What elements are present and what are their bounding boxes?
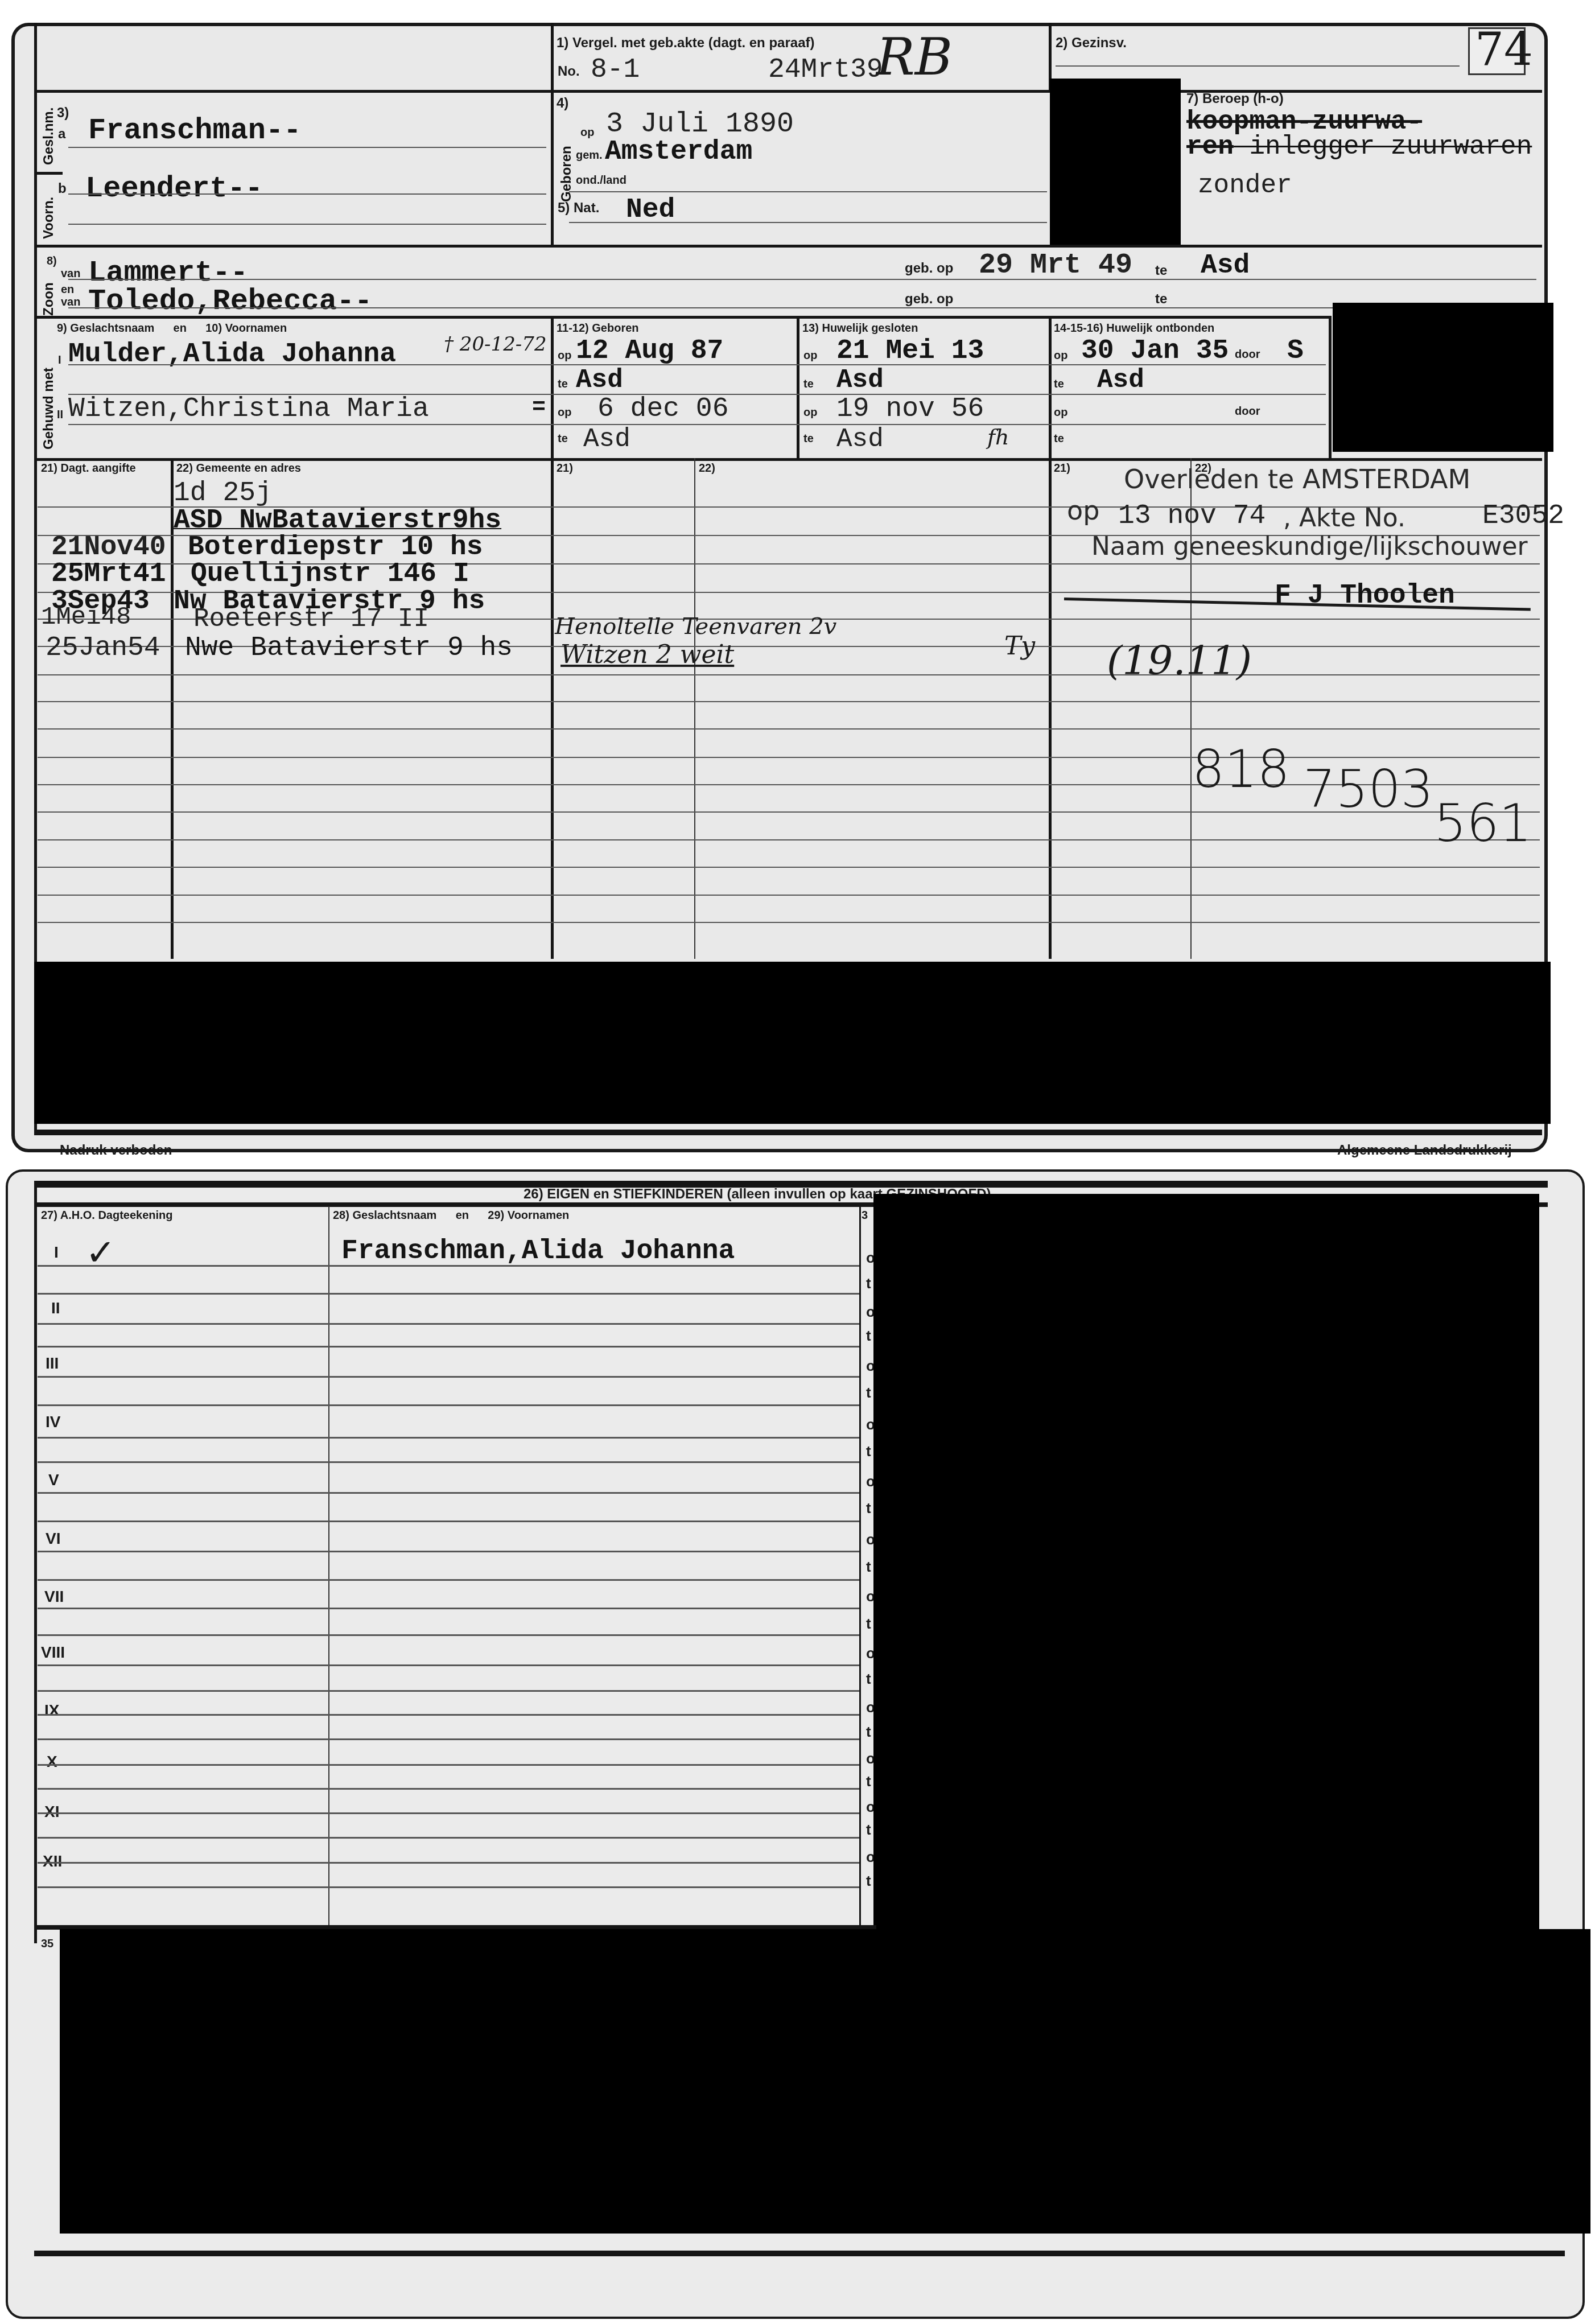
- col-address-label: 22) Gemeente en adres: [176, 462, 301, 475]
- nationality-label: 5) Nat.: [558, 200, 599, 216]
- redaction-block: [34, 962, 1551, 1124]
- child-row-1-roman: I: [54, 1243, 59, 1262]
- address-row-7-address: Nwe Batavierstr 9 hs: [185, 633, 513, 664]
- address-row-4-address: Quellijnstr 146 I: [191, 559, 469, 590]
- address-row-1-address: 1d 25j: [174, 478, 272, 509]
- divider: [551, 316, 554, 458]
- rule: [34, 172, 63, 175]
- col21-label: 21): [557, 462, 573, 475]
- left-border: [34, 1181, 37, 1943]
- rule: [569, 222, 1047, 223]
- spouse-2-dissolved-te-label: te: [1054, 432, 1064, 446]
- handwritten-number-2: 7503: [1303, 760, 1433, 819]
- death-akte-number: E3052: [1482, 501, 1564, 531]
- card-number: 74: [1475, 23, 1533, 76]
- prefix-t: t: [866, 1723, 871, 1741]
- spouse-1-door-label: door: [1235, 348, 1260, 361]
- spouse-2-door-label: door: [1235, 405, 1260, 418]
- divider: [1329, 316, 1332, 458]
- spouse-1-married-op-label: op: [803, 349, 817, 362]
- spouse-2-roman: II: [57, 409, 63, 422]
- en-label: en: [61, 283, 74, 296]
- divider: [328, 1206, 329, 1935]
- parents-section-label: Zoon: [41, 282, 57, 316]
- prefix-t: t: [866, 1558, 871, 1576]
- rule: [34, 316, 1332, 319]
- rule: [68, 147, 546, 148]
- rule: [68, 193, 546, 195]
- row-a: a: [58, 126, 65, 142]
- prefix-t: t: [866, 1821, 871, 1839]
- spouse-1-born-date: 12 Aug 87: [576, 336, 723, 366]
- child-row-11-roman: XI: [44, 1803, 59, 1821]
- death-date: 13 nov 74: [1118, 501, 1266, 531]
- paraaf: RB: [876, 27, 953, 87]
- spouse-2-born-date: 6 dec 06: [597, 394, 728, 425]
- father-geb-op-label: geb. op: [905, 261, 953, 277]
- child-row-10-roman: X: [47, 1753, 57, 1771]
- child-row-3-roman: III: [46, 1354, 59, 1373]
- rule: [34, 2251, 1565, 2256]
- col-born-label: 11-12) Geboren: [557, 322, 639, 335]
- child-row-1-aho-mark: ✓: [85, 1232, 116, 1274]
- spouse-1-dissolved-by: S: [1287, 336, 1304, 366]
- footer-right: Algemeene Landsdrukkerij: [1337, 1143, 1512, 1159]
- child-row-7-roman: VII: [44, 1588, 64, 1606]
- prefix-t: t: [866, 1615, 871, 1633]
- spouse-1-dissolved-op-label: op: [1054, 349, 1067, 362]
- spouse-1-roman: I: [58, 354, 61, 367]
- col-date-label: 21) Dagt. aangifte: [41, 462, 136, 475]
- field3-number: 3): [57, 105, 69, 121]
- redaction-block: [1333, 303, 1553, 452]
- rule: [68, 224, 546, 225]
- divider: [694, 458, 695, 959]
- col22-label: 22): [699, 462, 715, 475]
- given-section-label: Voorn.: [41, 197, 57, 239]
- rule: [1056, 65, 1460, 67]
- spouse-2-married-te-label: te: [803, 432, 814, 446]
- nationality: Ned: [626, 195, 675, 225]
- redaction-block: [1050, 79, 1181, 245]
- child-row-12-roman: XII: [43, 1852, 62, 1870]
- field8-number: 8): [47, 255, 57, 268]
- handwritten-note-line1: Henoltelle Teenvaren 2v: [555, 613, 836, 640]
- prefix-t: t: [866, 1773, 871, 1790]
- col-dissolved-label: 14-15-16) Huwelijk ontbonden: [1054, 322, 1214, 335]
- field1-label: 1) Vergel. met geb.akte (dagt. en paraaf…: [557, 35, 814, 51]
- divider: [551, 458, 554, 959]
- field4-number: 4): [557, 96, 568, 112]
- prefix-t: t: [866, 1327, 871, 1345]
- field35-label: 35: [41, 1938, 53, 1951]
- rule: [34, 245, 1542, 248]
- address-row-6-date: 1Mei48: [41, 603, 131, 632]
- verification-date: 24Mrt39: [768, 55, 883, 85]
- occupation-label: 7) Beroep (h-o): [1186, 91, 1284, 107]
- address-row-3-date: 21Nov40: [51, 532, 166, 563]
- death-col21-label: 21): [1054, 462, 1070, 475]
- spouse-2-dissolved-op-label: op: [1054, 406, 1067, 419]
- spouse-1-born-op-label: op: [558, 349, 571, 362]
- surname: Franschman--: [88, 114, 301, 147]
- spouse-1-death-annotation: † 20-12-72: [444, 333, 547, 356]
- surname-section-label: Gesl.nm.: [41, 108, 57, 165]
- spouse-1-married-te-label: te: [803, 378, 814, 391]
- prefix-t: t: [866, 1384, 871, 1402]
- prefix-t: t: [866, 1499, 871, 1517]
- spouse-2-born-op-label: op: [558, 406, 571, 419]
- marriages-section-label: Gehuwd met: [41, 368, 57, 450]
- handwritten-number-3: 561: [1434, 794, 1532, 854]
- handwritten-number-1: 818: [1192, 740, 1290, 800]
- handwritten-note-line2: Witzen 2 weit: [560, 640, 734, 669]
- spouse-2-married-mark: fh: [987, 425, 1009, 450]
- rule: [68, 307, 1536, 308]
- occupation-struck-2-prefix: ren: [1186, 132, 1234, 162]
- rule: [68, 279, 1536, 280]
- spouse-1-born-te-label: te: [558, 378, 568, 391]
- mother-name: Toledo,Rebecca--: [88, 285, 372, 318]
- address-row-3-address: Boterdiepstr 10 hs: [188, 532, 483, 563]
- row-b: b: [58, 181, 67, 197]
- divider: [551, 23, 554, 245]
- spouse-2-born-place: Asd: [583, 425, 630, 454]
- child-row-2-roman: II: [51, 1299, 60, 1317]
- death-op-label: op: [1067, 495, 1099, 526]
- spouse-2-married-place: Asd: [836, 425, 884, 454]
- divider: [1049, 458, 1052, 959]
- occupation-struck-2-rest: inlegger zuurwaren: [1234, 132, 1532, 162]
- spouse-1-married-date: 21 Mei 13: [836, 336, 984, 366]
- redaction-block: [873, 1194, 1539, 1931]
- child-row-5-roman: V: [48, 1471, 59, 1489]
- father-birth-place: Asd: [1201, 250, 1250, 281]
- divider: [859, 1206, 861, 1935]
- birth-section-label: Geboren: [559, 146, 575, 202]
- col-spouse-name-label: 9) Geslachtsnaam en 10) Voornamen: [57, 322, 287, 335]
- spouse-2-married-op-label: op: [803, 406, 817, 419]
- birth-municipality: Amsterdam: [605, 137, 752, 167]
- occupation-current: zonder: [1198, 171, 1292, 200]
- address-row-7-date: 25Jan54: [46, 633, 160, 664]
- spouse-2-annotation: =: [532, 395, 546, 421]
- birth-op-label: op: [580, 126, 594, 139]
- death-stamp-line1: Overleden te AMSTERDAM: [1124, 464, 1470, 495]
- child-row-1-name: Franschman,Alida Johanna: [341, 1236, 735, 1267]
- redaction-block: [60, 1929, 1590, 2234]
- spouse-1-dissolved-place: Asd: [1097, 365, 1144, 395]
- spouse-1-dissolved-date: 30 Jan 35: [1081, 336, 1229, 366]
- birth-ond-label: ond./land: [576, 174, 626, 187]
- address-row-4-date: 25Mrt41: [51, 559, 166, 590]
- prefix-t: t: [866, 1670, 871, 1688]
- father-birth-date: 29 Mrt 49: [979, 249, 1132, 282]
- birth-gem-label: gem.: [576, 149, 603, 162]
- handwritten-mark: Ty: [1004, 632, 1035, 661]
- physician-name: F J Thoolen: [1275, 580, 1455, 611]
- birth-date: 3 Juli 1890: [606, 108, 794, 141]
- rule: [34, 458, 1542, 461]
- no-label: No.: [558, 64, 580, 80]
- footer-left: Nadruk verboden: [60, 1143, 172, 1159]
- address-row-6-address: Roeterstr 17 II: [193, 604, 429, 634]
- physician-label: Naam geneeskundige/lijkschouwer: [1091, 532, 1528, 561]
- field2-label: 2) Gezinsv.: [1056, 35, 1127, 51]
- prefix-t: t: [866, 1443, 871, 1460]
- prefix-t: t: [866, 1275, 871, 1292]
- father-te-label: te: [1155, 263, 1167, 279]
- prefix-t: t: [866, 1872, 871, 1890]
- child-row-6-roman: VI: [46, 1530, 60, 1548]
- divider: [1049, 316, 1052, 458]
- spouse-2-name: Witzen,Christina Maria: [68, 394, 429, 425]
- mother-geb-op-label: geb. op: [905, 291, 953, 307]
- death-handwritten-date: (19.11): [1107, 637, 1252, 684]
- child-row-8-roman: VIII: [41, 1643, 65, 1662]
- rule: [569, 191, 1047, 192]
- no-value: 8-1: [591, 55, 640, 85]
- col-child-name-label: 28) Geslachtsnaam en 29) Voornamen: [333, 1209, 569, 1222]
- address-row-2-address: ASD NwBatavierstr9hs: [174, 505, 501, 536]
- spouse-1-dissolved-te-label: te: [1054, 378, 1064, 391]
- death-akte-label: , Akte No.: [1283, 504, 1405, 533]
- occupation-struck-2: ren inlegger zuurwaren: [1186, 132, 1532, 162]
- child-row-4-roman: IV: [46, 1413, 60, 1431]
- mother-te-label: te: [1155, 291, 1167, 307]
- spouse-2-born-te-label: te: [558, 432, 568, 446]
- given-names: Leendert--: [85, 172, 263, 205]
- rule: [34, 90, 1542, 93]
- divider: [797, 316, 799, 458]
- col-aho-label: 27) A.H.O. Dagteekening: [41, 1209, 173, 1222]
- spouse-1-born-place: Asd: [576, 365, 623, 395]
- spouse-2-married-date: 19 nov 56: [836, 394, 984, 425]
- col30-label: 3: [862, 1209, 868, 1222]
- spouse-1-married-place: Asd: [836, 365, 884, 395]
- col-married-label: 13) Huwelijk gesloten: [802, 322, 918, 335]
- rule: [34, 1130, 1542, 1135]
- child-row-9-roman: IX: [44, 1701, 59, 1720]
